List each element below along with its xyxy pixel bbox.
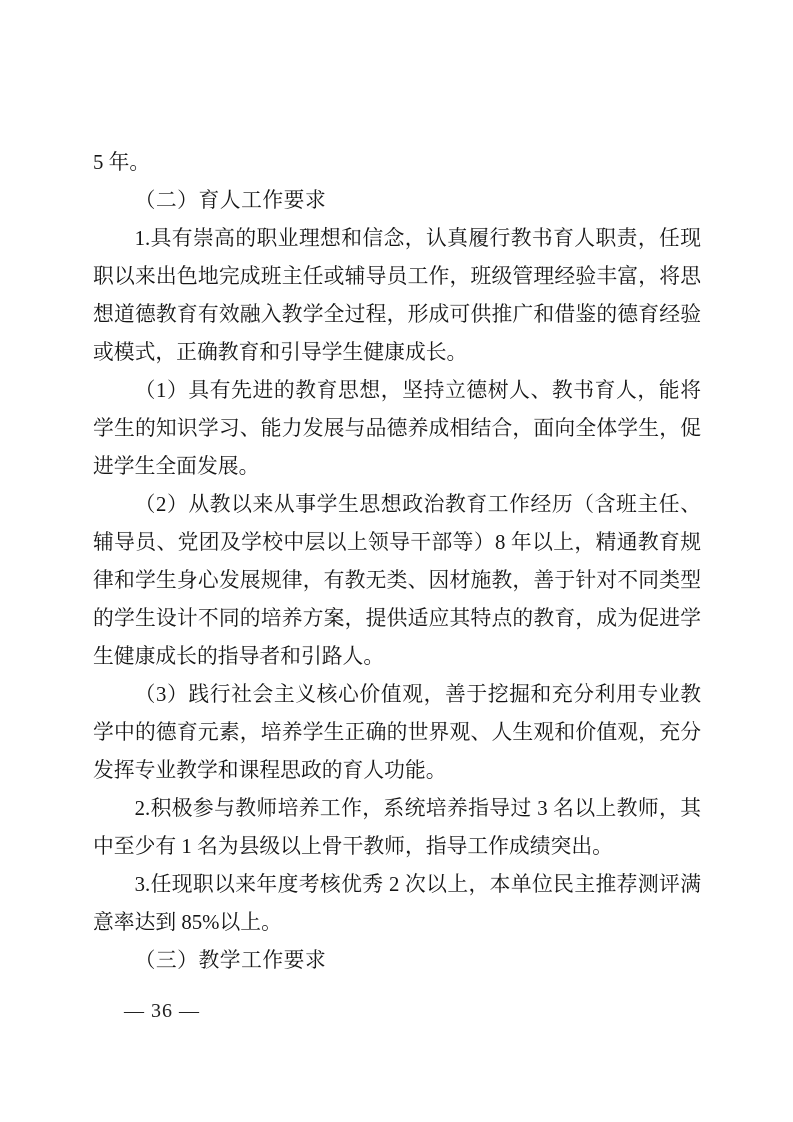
paragraph-subitem-2: （2）从教以来从事学生思想政治教育工作经历（含班主任、辅导员、党团及学校中层以上… bbox=[93, 486, 701, 676]
section-heading-yuren: （二）育人工作要求 bbox=[93, 182, 701, 220]
paragraph-subitem-3: （3）践行社会主义核心价值观，善于挖掘和充分利用专业教学中的德育元素，培养学生正… bbox=[93, 676, 701, 790]
section-heading-jiaoxue: （三）教学工作要求 bbox=[93, 942, 701, 980]
paragraph-continuation: 5 年。 bbox=[93, 144, 701, 182]
paragraph-item-2: 2.积极参与教师培养工作，系统培养指导过 3 名以上教师，其中至少有 1 名为县… bbox=[93, 790, 701, 866]
document-page: 5 年。 （二）育人工作要求 1.具有崇高的职业理想和信念，认真履行教书育人职责… bbox=[0, 0, 793, 1122]
paragraph-subitem-1: （1）具有先进的教育思想，坚持立德树人、教书育人，能将学生的知识学习、能力发展与… bbox=[93, 372, 701, 486]
paragraph-item-1: 1.具有崇高的职业理想和信念，认真履行教书育人职责，任现职以来出色地完成班主任或… bbox=[93, 220, 701, 372]
paragraph-item-3: 3.任现职以来年度考核优秀 2 次以上，本单位民主推荐测评满意率达到 85%以上… bbox=[93, 866, 701, 942]
page-number: — 36 — bbox=[124, 998, 200, 1024]
document-body: 5 年。 （二）育人工作要求 1.具有崇高的职业理想和信念，认真履行教书育人职责… bbox=[93, 144, 701, 980]
